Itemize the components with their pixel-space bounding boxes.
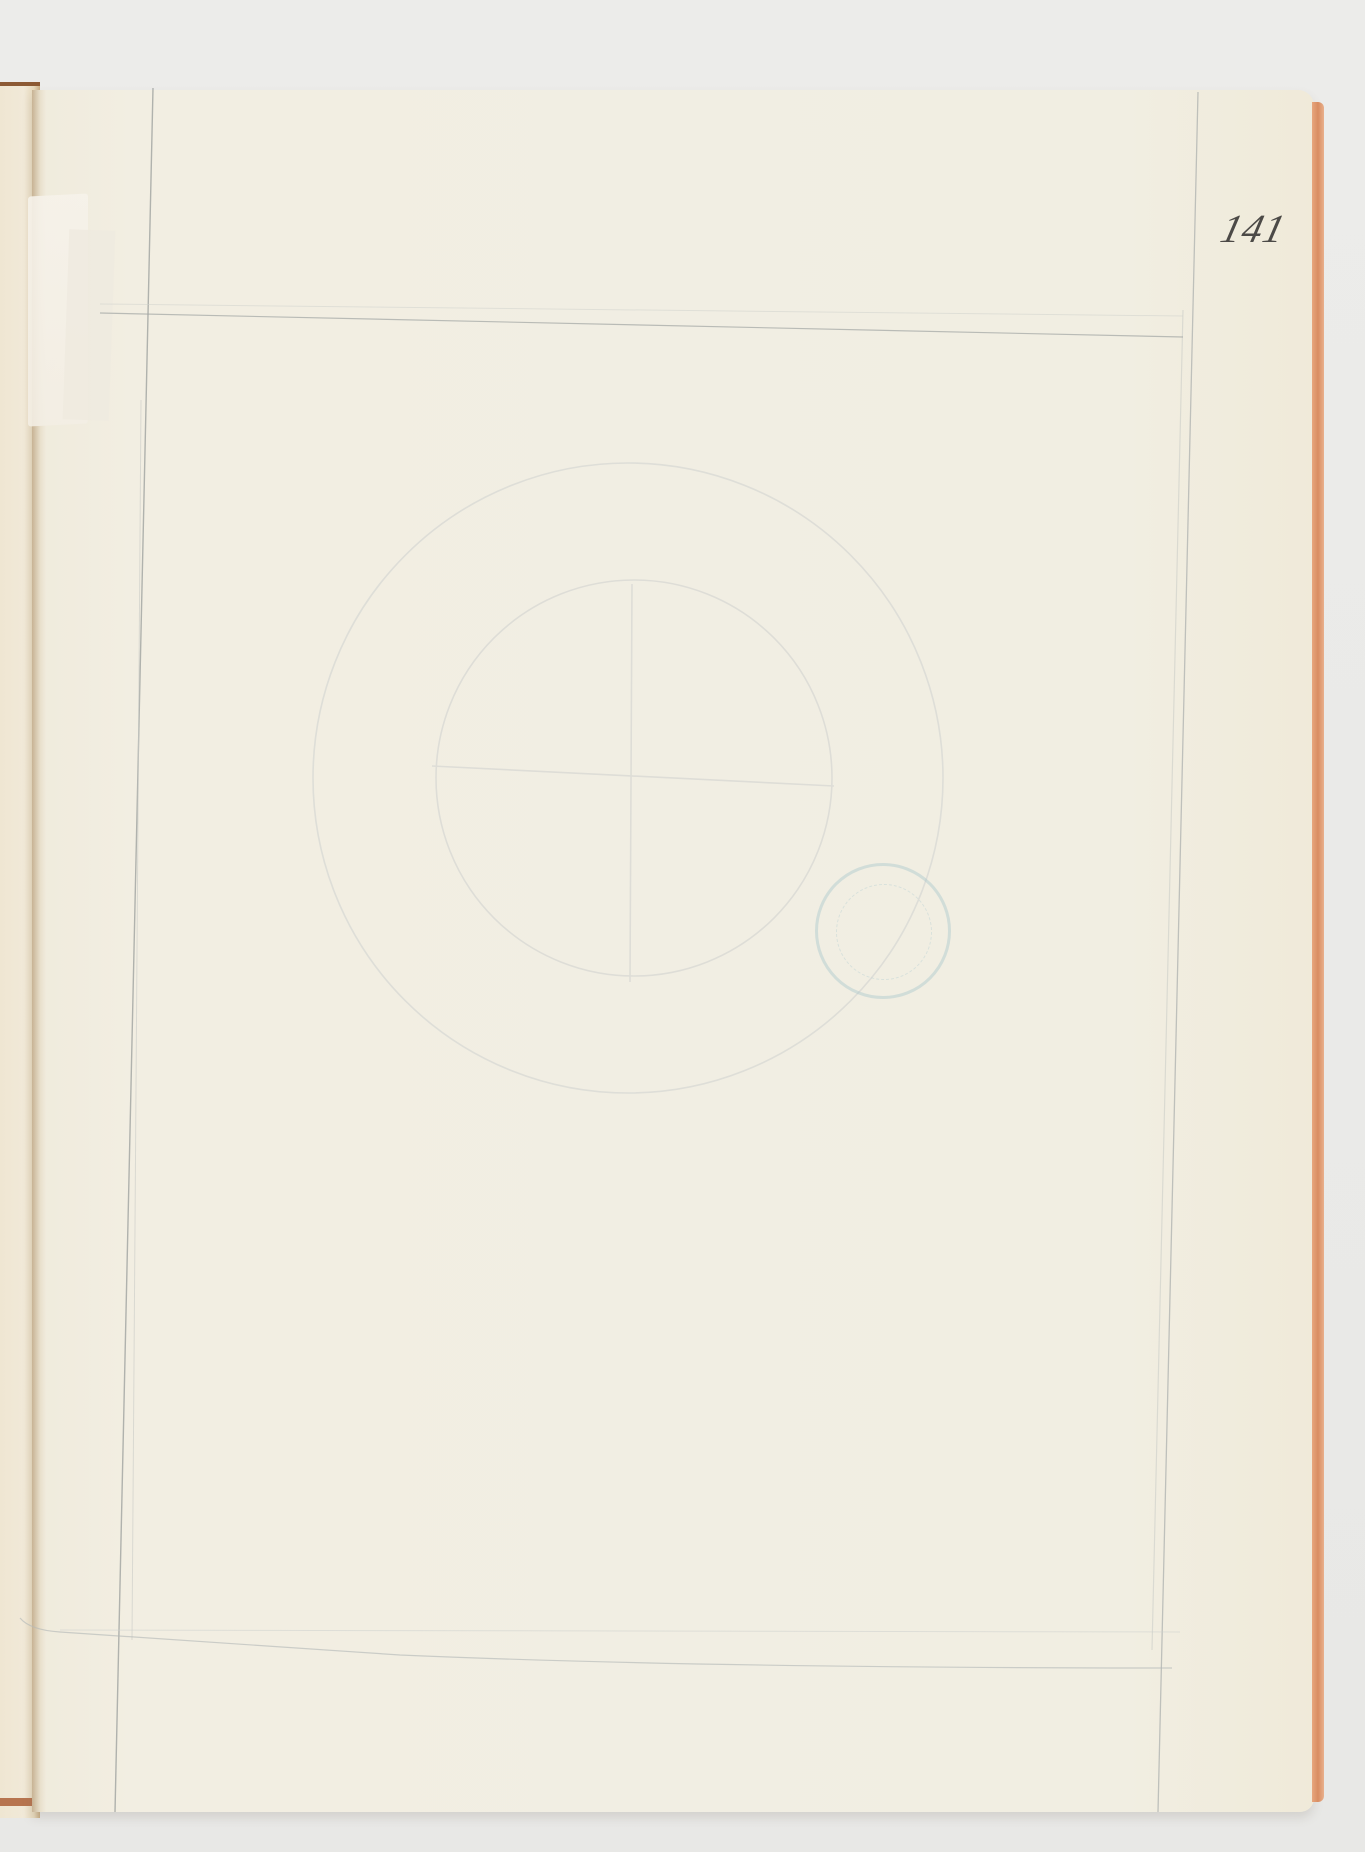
gilt-fore-edge <box>1312 102 1324 1802</box>
scan-background: 141 <box>0 0 1365 1852</box>
repair-tape-fold <box>63 229 116 420</box>
notebook-page <box>32 90 1314 1812</box>
bleed-through-title <box>290 352 940 392</box>
library-stamp-inner-ring <box>836 884 932 980</box>
page-number: 141 <box>1216 205 1291 252</box>
binding-edge <box>0 1798 34 1806</box>
library-stamp-bleed <box>815 863 951 999</box>
